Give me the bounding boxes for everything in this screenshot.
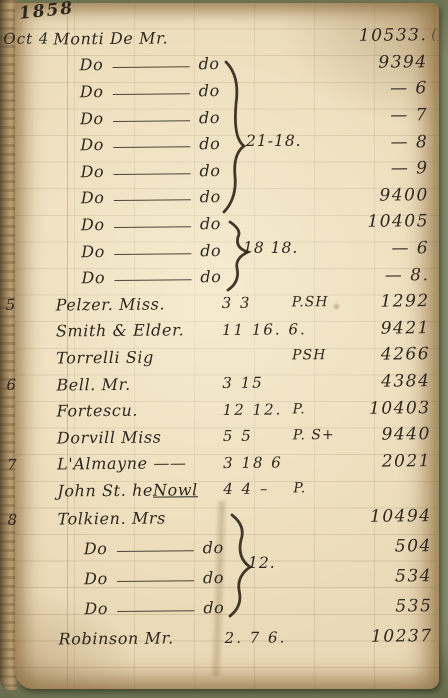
entry-notation (291, 276, 349, 277)
entry-notation (294, 577, 352, 578)
entry-name: Pelzer. Miss. (56, 294, 166, 314)
entry-amount: 10237 (353, 626, 433, 647)
entry-name-cell: Dodo (58, 538, 224, 558)
entry-detail (220, 63, 290, 64)
entry-notation (291, 222, 349, 223)
entry-name-cell: Dodo (54, 108, 220, 128)
entry-notation: P. (293, 401, 351, 418)
ditto-right: do (203, 568, 224, 587)
entry-name: Smith & Elder. (56, 321, 184, 341)
ledger-row: Dodo— 6 (0, 235, 447, 266)
brace-label-3: 12. (248, 554, 276, 572)
entry-detail: 12 12. (223, 400, 293, 419)
ledger-row: 6Bell. Mr.3 154384 (0, 368, 448, 399)
entry-name: Tolkien. Mrs (57, 509, 166, 529)
ledger-row: Dodo— 9 (0, 155, 447, 186)
ditto-left: Do (84, 599, 108, 618)
entry-detail (221, 223, 291, 224)
ledger-rows: Oct 4Monti De Mr.10533.Dodo9394Dodo— 6Do… (0, 22, 448, 655)
ledger-row: Dodo504 (2, 531, 448, 565)
ditto-left: Do (81, 188, 105, 207)
entry-detail (221, 170, 291, 171)
entry-amount: — 6 (348, 79, 428, 100)
entry-notation: P.SH (292, 294, 350, 311)
entry-date: 8 (7, 510, 57, 528)
entry-date: 6 (6, 375, 56, 393)
ditto-left: Do (80, 162, 104, 181)
ditto-mark: Dodo (55, 241, 221, 261)
entry-notation (291, 249, 349, 250)
ditto-left: Do (80, 82, 104, 101)
entry-notation (290, 89, 348, 90)
entry-name: Torrelli Sig (56, 348, 154, 368)
ditto-right: do (200, 187, 221, 206)
ledger-row: Dodo534 (2, 561, 448, 595)
ditto-right: do (200, 214, 221, 233)
ditto-left: Do (80, 55, 104, 74)
ditto-left: Do (84, 539, 108, 558)
ledger-row: Oct 4Monti De Mr.10533. (0, 22, 445, 53)
entry-amount: — 6 (349, 238, 429, 259)
entry-detail: 5 5 (223, 427, 293, 446)
entry-detail: 3 3 (222, 294, 292, 313)
entry-name: L'Almayne —— (57, 454, 187, 474)
entry-name-cell: L'Almayne —— (57, 453, 223, 473)
entry-name: Monti De Mr. (53, 28, 168, 48)
entry-name-cell: Dodo (54, 134, 220, 154)
entry-detail (219, 37, 289, 38)
entry-amount: — 7 (348, 105, 428, 126)
ditto-dash-line (113, 93, 190, 95)
entry-amount: 4266 (350, 345, 430, 366)
entry-name-cell: Dodo (55, 187, 221, 207)
entry-detail: 4 4 – (223, 480, 293, 499)
ledger-row: Dodo10405 (0, 208, 447, 239)
ditto-dash-line (113, 146, 190, 148)
entry-notation: P. (293, 480, 351, 497)
entry-amount: 9421 (350, 318, 430, 339)
ditto-dash-line (114, 279, 191, 281)
entry-amount: — 8 (348, 132, 428, 153)
entry-date: Oct 4 (3, 30, 53, 48)
ditto-dash-line (117, 580, 194, 582)
entry-amount: — 8. (349, 265, 429, 286)
entry-amount: 535 (352, 596, 432, 617)
entry-name: Fortescu. (57, 401, 139, 421)
ditto-right: do (199, 134, 220, 153)
entry-notation (290, 116, 348, 117)
entry-notation: P. S+ (293, 427, 351, 444)
ditto-right: do (203, 598, 224, 617)
ditto-right: do (200, 267, 221, 286)
entry-detail (224, 607, 294, 608)
entry-detail (224, 577, 294, 578)
entry-notation (291, 169, 349, 170)
ditto-mark: Dodo (54, 108, 220, 128)
entry-notation (291, 196, 349, 197)
ledger-row: John St. he Nowl4 4 –P. (1, 474, 448, 505)
entry-name-cell: Fortescu. (57, 400, 223, 420)
entry-detail: 2. 7 6. (225, 628, 295, 647)
entry-detail (224, 547, 294, 548)
entry-amount: 10405 (349, 212, 429, 233)
ledger-row: Dodo— 8. (0, 261, 448, 292)
entry-amount: 9394 (348, 52, 428, 73)
entry-notation (292, 382, 350, 383)
entry-name-cell: John St. he Nowl (57, 480, 223, 500)
entry-name-cell: Dodo (58, 598, 224, 618)
ledger-row: Dodo9400 (0, 182, 447, 213)
entry-notation: PSH (292, 347, 350, 364)
ditto-left: Do (81, 215, 105, 234)
ditto-dash-line (117, 610, 194, 612)
entry-detail (221, 196, 291, 197)
ledger-row: Fortescu.12 12.P.10403 (1, 394, 448, 425)
entry-name-cell: Torrelli Sig (56, 347, 222, 367)
ditto-left: Do (84, 569, 108, 588)
ditto-dash-line (114, 226, 191, 228)
entry-name-cell: Dodo (55, 214, 221, 234)
ditto-dash-line (117, 550, 194, 552)
entry-amount: 2021 (351, 451, 431, 472)
entry-date: 5 (6, 296, 56, 314)
photo-of-ledger: { "document": { "year_heading": "1858", … (0, 0, 448, 698)
ledger-row: Dodo9394 (0, 49, 446, 80)
ditto-mark: Dodo (58, 538, 224, 558)
ditto-dash-line (113, 200, 190, 202)
ditto-mark: Dodo (54, 54, 220, 74)
entry-detail (220, 90, 290, 91)
entry-notation (295, 637, 353, 638)
ledger-row: Dodo— 6 (0, 75, 446, 106)
ditto-dash-line (113, 173, 190, 175)
entry-detail: 11 16. 6. (222, 320, 292, 339)
ditto-mark: Dodo (55, 214, 221, 234)
entry-detail (222, 356, 292, 357)
entry-detail: 3 15 (222, 373, 292, 392)
ditto-left: Do (80, 135, 104, 154)
ditto-right: do (200, 241, 221, 260)
entry-name-cell: Robinson Mr. (59, 628, 225, 648)
ditto-right: do (203, 538, 224, 557)
entry-amount: 10403 (351, 398, 431, 419)
entry-date: 7 (7, 455, 57, 473)
entry-amount: 534 (352, 566, 432, 587)
brace-label-1: 21-18. (246, 132, 302, 150)
ditto-mark: Dodo (55, 267, 221, 287)
ditto-dash-line (112, 67, 189, 69)
entry-name-cell: Dodo (55, 267, 221, 287)
ditto-dash-line (114, 253, 191, 255)
ditto-right: do (199, 81, 220, 100)
entry-amount: — 9 (348, 158, 428, 179)
brace-label-2: 18 18. (243, 239, 298, 257)
entry-name: Bell. Mr. (56, 374, 131, 394)
ditto-left: Do (81, 268, 105, 287)
entry-name-cell: Bell. Mr. (56, 374, 222, 394)
entry-notation (290, 63, 348, 64)
entry-name-cell: Dodo (54, 54, 220, 74)
ledger-row: 8Tolkien. Mrs10494 (1, 501, 448, 535)
entry-name: Robinson Mr. (59, 629, 174, 649)
entry-detail: 3 18 6 (223, 453, 293, 472)
entry-amount: 9400 (349, 185, 429, 206)
entry-detail (221, 276, 291, 277)
ledger-row: 7L'Almayne ——3 18 62021 (1, 448, 448, 479)
ditto-left: Do (81, 242, 105, 261)
entry-name-cell: Dodo (54, 161, 220, 181)
entry-notation (293, 462, 351, 463)
entry-name-cell: Dodo (54, 81, 220, 101)
ledger-row: 5Pelzer. Miss.3 3P.SH1292 (0, 288, 448, 319)
entry-notation (294, 607, 352, 608)
entry-amount: 10533. (347, 26, 427, 47)
ditto-mark: Dodo (54, 161, 220, 181)
entry-notation (289, 36, 347, 37)
entry-name-cell: Dodo (58, 568, 224, 588)
ledger-row: Dodo— 8 (0, 128, 446, 159)
ditto-right: do (199, 161, 220, 180)
ditto-mark: Dodo (55, 187, 221, 207)
ditto-mark: Dodo (54, 134, 220, 154)
ditto-mark: Dodo (58, 568, 224, 588)
entry-detail (220, 116, 290, 117)
ditto-left: Do (80, 109, 104, 128)
entry-name-cell: Tolkien. Mrs (57, 508, 223, 528)
entry-amount: 10494 (351, 506, 431, 527)
entry-name: John St. he (57, 481, 153, 501)
entry-name-cell: Pelzer. Miss. (56, 294, 222, 314)
entry-name-cell: Smith & Elder. (56, 320, 222, 340)
entry-notation (294, 517, 352, 518)
ledger-row: Dodo535 (2, 591, 448, 625)
entry-name-cell: Dodo (55, 241, 221, 261)
ditto-right: do (199, 108, 220, 127)
entry-name-cell: Monti De Mr. (53, 28, 219, 48)
ditto-dash-line (113, 120, 190, 122)
entry-detail (224, 517, 294, 518)
entry-name-cell: Dorvill Miss (57, 427, 223, 447)
entry-amount: 1292 (350, 291, 430, 312)
ditto-mark: Dodo (54, 81, 220, 101)
entry-amount: 9440 (351, 424, 431, 445)
entry-name-underlined: Nowl (153, 480, 198, 499)
entry-amount: 504 (352, 536, 432, 557)
ledger-row: Robinson Mr.2. 7 6.10237 (2, 621, 448, 655)
ledger-row: Dorvill Miss5 5P. S+9440 (1, 421, 448, 452)
entry-amount: 4384 (350, 371, 430, 392)
entry-name: Dorvill Miss (57, 427, 162, 447)
entry-amount (351, 488, 431, 489)
ledger-row: Dodo— 7 (0, 102, 446, 133)
ledger-row: Torrelli SigPSH4266 (0, 341, 448, 372)
ledger-row: Smith & Elder.11 16. 6.9421 (0, 315, 448, 346)
ditto-right: do (198, 54, 219, 73)
entry-notation (294, 547, 352, 548)
ditto-mark: Dodo (58, 598, 224, 618)
